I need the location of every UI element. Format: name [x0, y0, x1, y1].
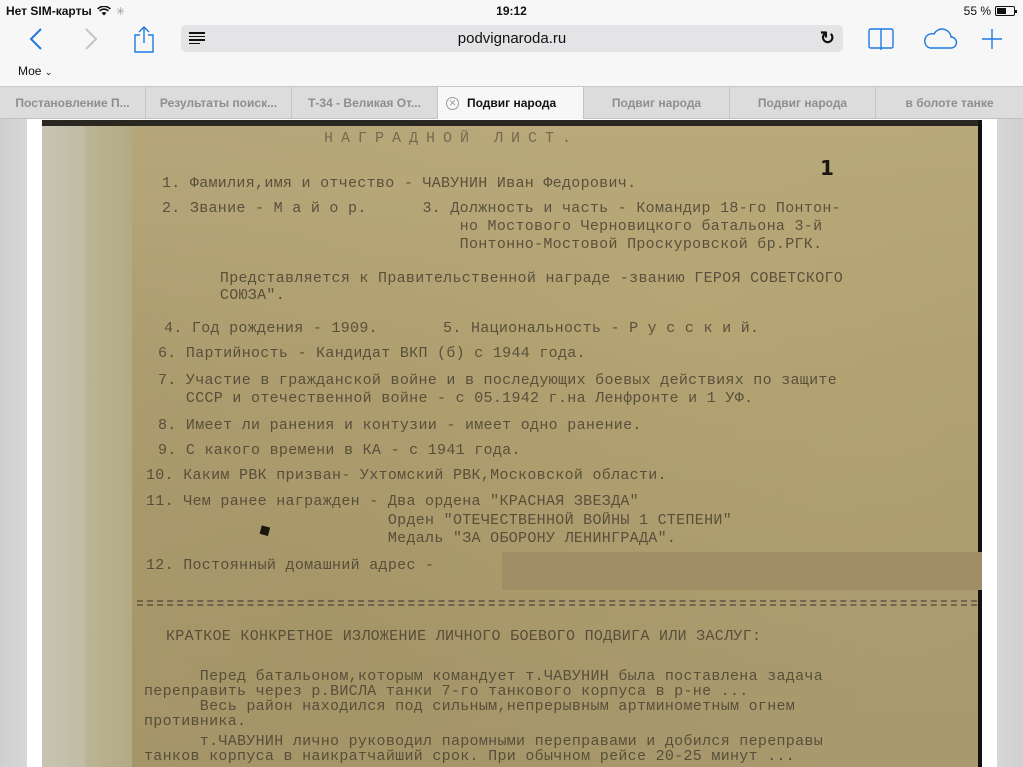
- tab-label: Результаты поиск...: [160, 96, 277, 110]
- back-button[interactable]: [21, 24, 51, 54]
- share-icon: [133, 25, 155, 53]
- share-button[interactable]: [129, 24, 159, 54]
- tab-label: Т-34 - Великая От...: [308, 96, 421, 110]
- separator-line: [137, 600, 977, 606]
- doc-line-23: танков корпуса в наикратчайший срок. При…: [144, 748, 795, 765]
- doc-line-15: Орден "ОТЕЧЕСТВЕННОЙ ВОЙНЫ 1 СТЕПЕНИ": [146, 512, 732, 529]
- doc-line-5: Представляется к Правительственной награ…: [192, 270, 843, 287]
- doc-line-2: 2. Звание - М а й о р. 3. Должность и ча…: [162, 200, 841, 217]
- address-bar[interactable]: podvignaroda.ru ↻: [181, 25, 843, 52]
- document-title: НАГРАДНОЙ ЛИСТ.: [324, 130, 579, 147]
- bookmarks-button[interactable]: [866, 24, 896, 54]
- reader-list-icon[interactable]: [189, 32, 205, 45]
- doc-line-8: 6. Партийность - Кандидат ВКП (б) с 1944…: [158, 345, 586, 362]
- close-tab-icon[interactable]: ✕: [446, 97, 459, 110]
- doc-line-3: но Мостового Черновицкого батальона 3-й: [162, 218, 822, 235]
- tab-t34[interactable]: Т-34 - Великая От...: [292, 87, 438, 119]
- tab-label: в болоте танке: [905, 96, 993, 110]
- doc-line-6: СОЮЗА".: [192, 287, 285, 304]
- reload-icon[interactable]: ↻: [820, 28, 835, 49]
- status-bar: Нет SIM-карты ✳ 19:12 55 %: [0, 0, 1023, 22]
- doc-line-16: Медаль "ЗА ОБОРОНУ ЛЕНИНГРАДА".: [146, 530, 676, 547]
- tab-search-results[interactable]: Результаты поиск...: [146, 87, 292, 119]
- doc-line-11: 8. Имеет ли ранения и контузии - имеет о…: [158, 417, 642, 434]
- doc-line-7: 4. Год рождения - 1909. 5. Национальност…: [164, 320, 759, 337]
- battery-percent: 55 %: [964, 4, 991, 18]
- tab-label: Подвиг народа: [467, 96, 556, 110]
- tab-podvig-naroda-2[interactable]: Подвиг народа: [584, 87, 730, 119]
- typed-document: НАГРАДНОЙ ЛИСТ. 1 1. Фамилия,имя и отчес…: [42, 120, 982, 767]
- page-number-mark: 1: [820, 156, 834, 180]
- tab-postanovlenie[interactable]: Постановление П...: [0, 87, 146, 119]
- redacted-address: [502, 552, 982, 590]
- favorites-bar: Мое ⌄: [0, 58, 1023, 86]
- doc-line-9: 7. Участие в гражданской войне и в после…: [158, 372, 837, 389]
- forward-button[interactable]: [76, 24, 106, 54]
- doc-line-13: 10. Каким РВК призван- Ухтомский РВК,Мос…: [146, 467, 667, 484]
- doc-line-17: 12. Постоянный домашний адрес -: [146, 557, 434, 574]
- favorites-label: Мое: [18, 64, 41, 78]
- tab-label: Подвиг народа: [758, 96, 847, 110]
- chevron-left-icon: [29, 27, 43, 51]
- doc-line-21: противника.: [144, 713, 246, 730]
- book-icon: [867, 27, 895, 51]
- chevron-down-icon: ⌄: [45, 67, 53, 77]
- browser-toolbar: podvignaroda.ru ↻: [0, 22, 1023, 58]
- doc-line-10: СССР и отечественной войне - с 05.1942 г…: [158, 390, 753, 407]
- scanned-award-sheet-image: НАГРАДНОЙ ЛИСТ. 1 1. Фамилия,имя и отчес…: [42, 120, 982, 767]
- plus-icon: [980, 27, 1004, 51]
- favorites-folder-moe[interactable]: Мое ⌄: [18, 64, 52, 78]
- doc-section-heading: КРАТКОЕ КОНКРЕТНОЕ ИЗЛОЖЕНИЕ ЛИЧНОГО БОЕ…: [166, 628, 761, 645]
- tab-v-bolote-tanke[interactable]: в болоте танке: [876, 87, 1023, 119]
- url-text: podvignaroda.ru: [458, 30, 566, 47]
- battery-icon: [995, 6, 1015, 16]
- cloud-icon: [922, 28, 958, 50]
- doc-line-14: 11. Чем ранее награжден - Два ордена "КР…: [146, 493, 639, 510]
- doc-line-4: Понтонно-Мостовой Проскуровской бр.РГК.: [162, 236, 822, 253]
- tab-podvig-naroda-3[interactable]: Подвиг народа: [730, 87, 876, 119]
- tab-label: Подвиг народа: [612, 96, 701, 110]
- doc-line-12: 9. С какого времени в КА - с 1941 года.: [158, 442, 521, 459]
- new-tab-button[interactable]: [977, 24, 1007, 54]
- tab-bar: Постановление П... Результаты поиск... Т…: [0, 86, 1023, 119]
- clock: 19:12: [0, 4, 1023, 18]
- web-content[interactable]: НАГРАДНОЙ ЛИСТ. 1 1. Фамилия,имя и отчес…: [0, 119, 1023, 767]
- battery-fill: [997, 8, 1006, 14]
- icloud-tabs-button[interactable]: [920, 24, 960, 54]
- tab-label: Постановление П...: [15, 96, 129, 110]
- doc-line-1: 1. Фамилия,имя и отчество - ЧАВУНИН Иван…: [162, 175, 636, 192]
- chevron-right-icon: [84, 27, 98, 51]
- status-right: 55 %: [964, 4, 1015, 18]
- tab-podvig-naroda-active[interactable]: ✕ Подвиг народа: [438, 87, 584, 119]
